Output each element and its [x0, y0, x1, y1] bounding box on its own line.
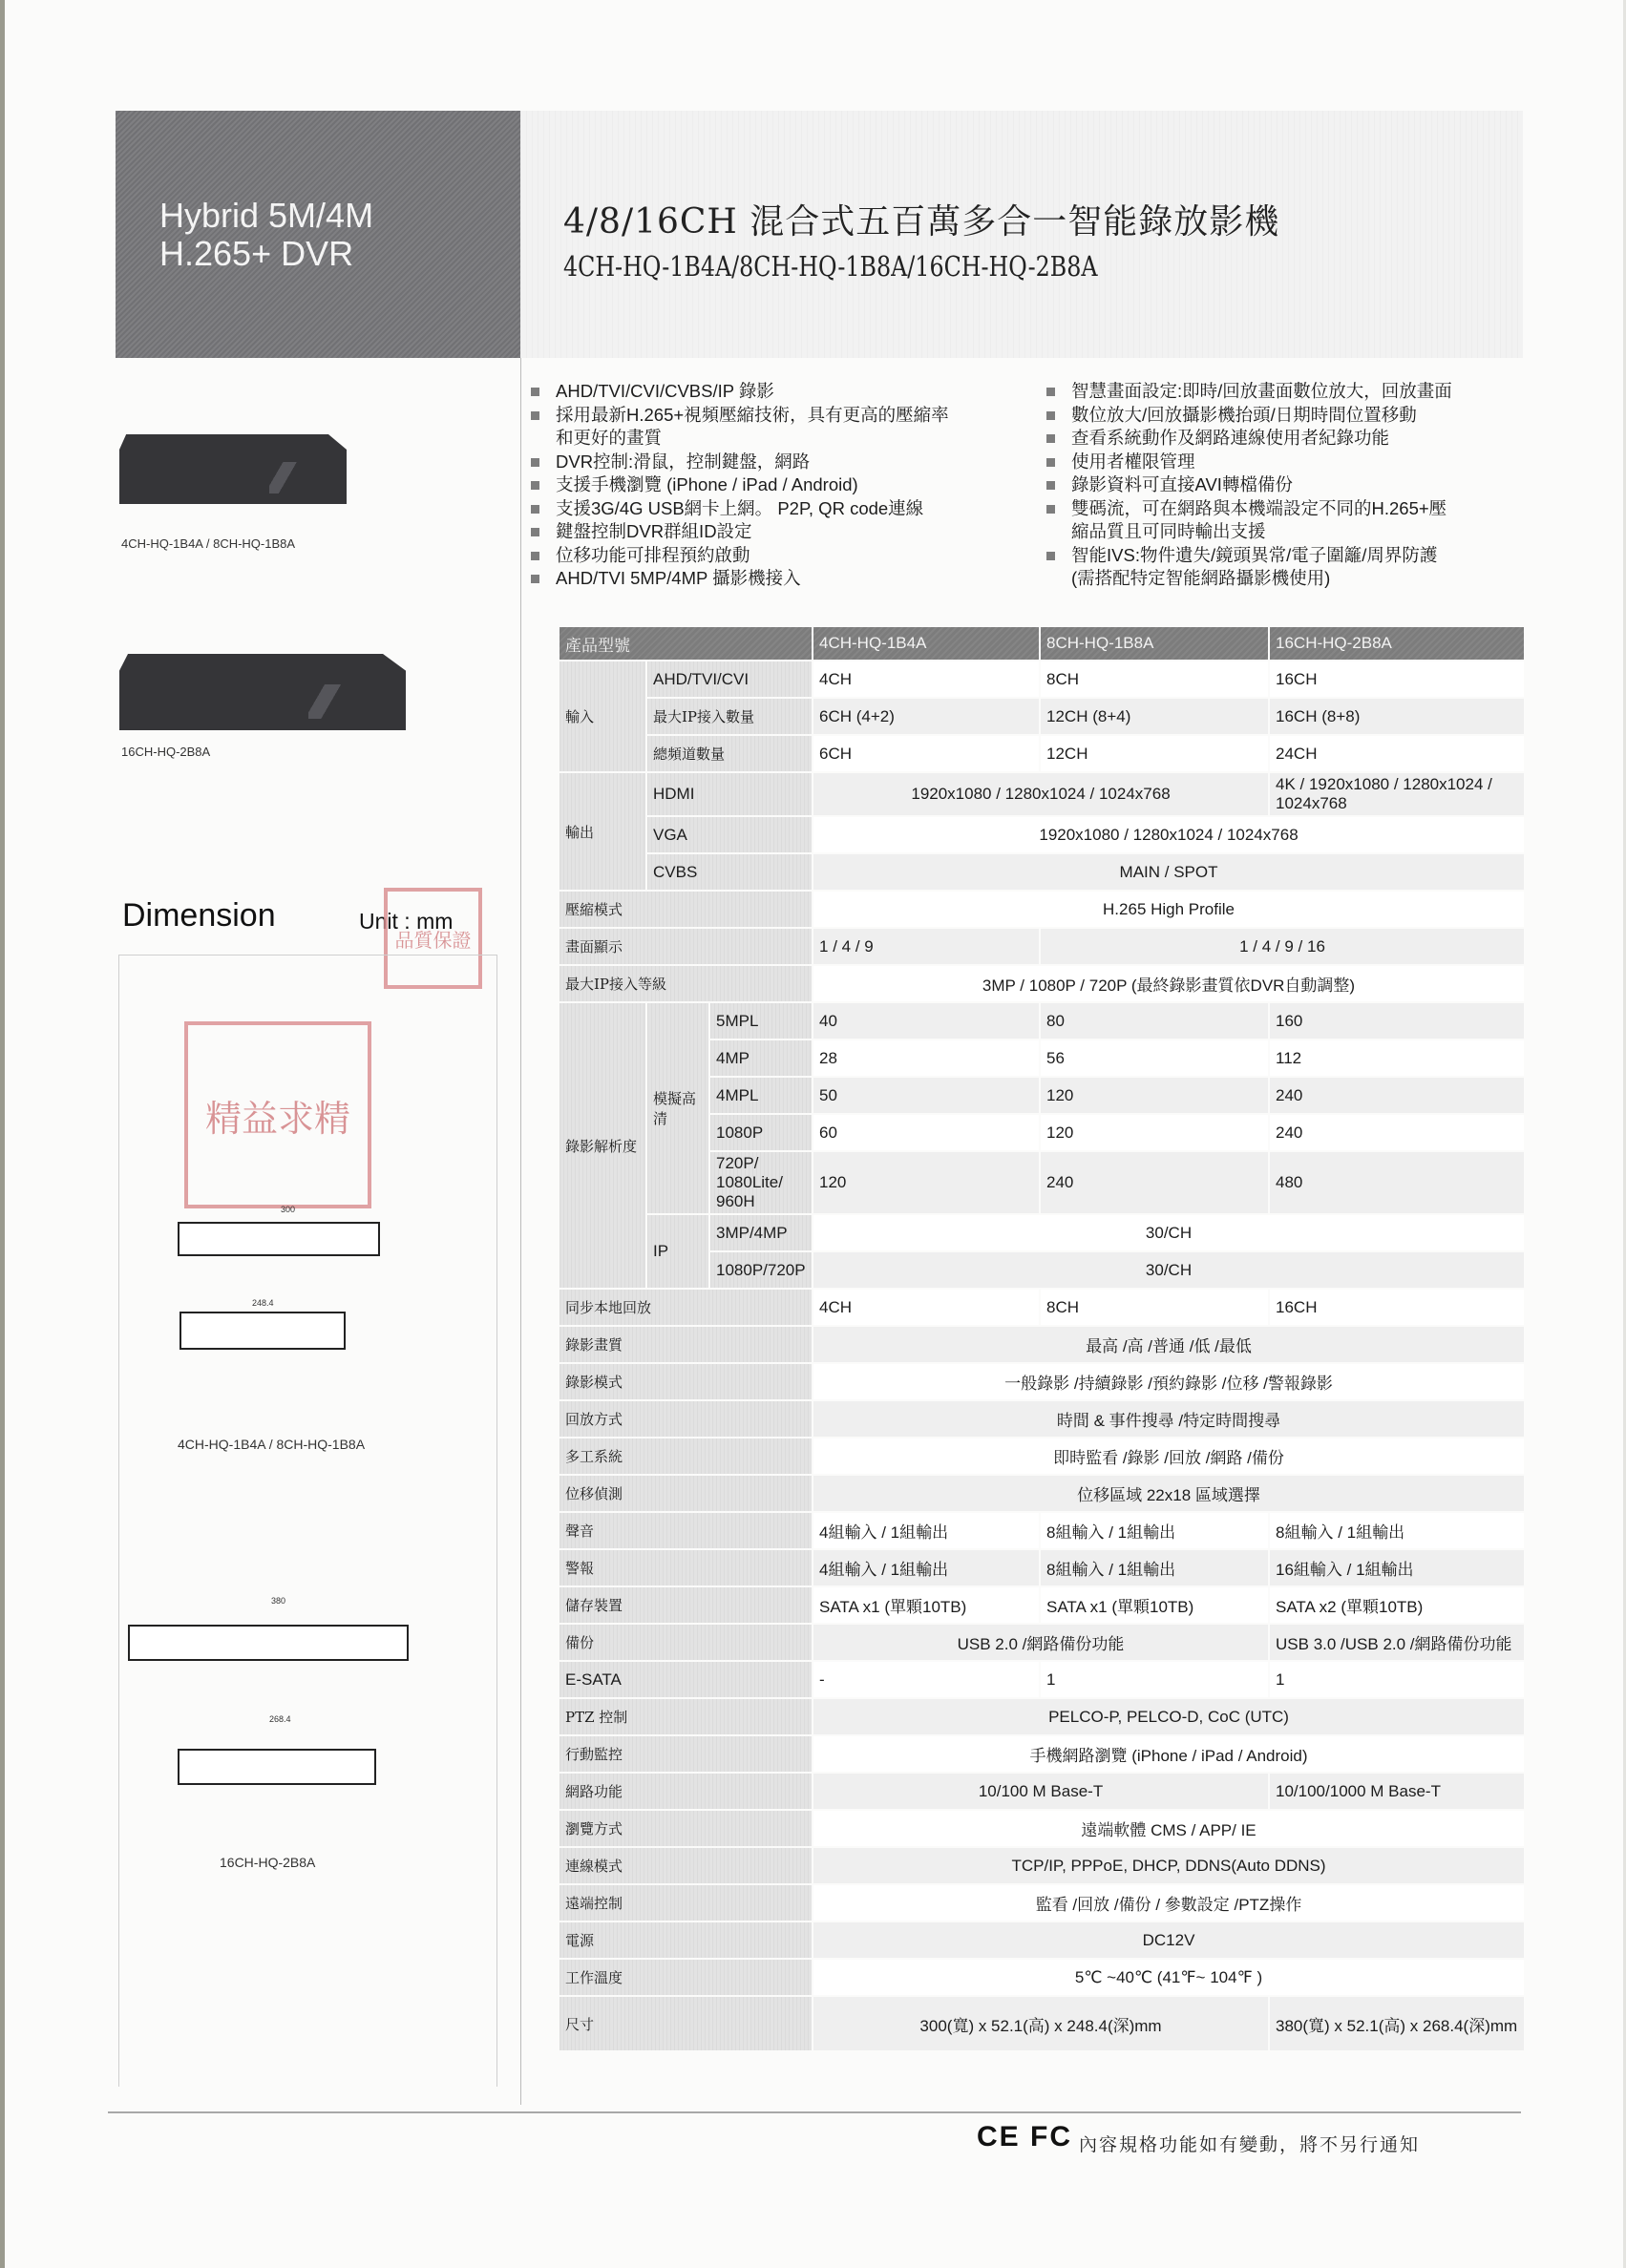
feature-item: DVR控制:滑鼠，控制鍵盤，網路 [527, 451, 1043, 474]
spec-label: 1080P/720P [709, 1251, 813, 1289]
spec-value: 240 [1269, 1077, 1525, 1114]
feature-list-right: 智慧畫面設定:即時/回放畫面數位放大，回放畫面數位放大/回放攝影機抬頭/日期時間… [1043, 380, 1539, 591]
spec-label: 5MPL [709, 1002, 813, 1039]
spec-label: 備份 [559, 1624, 813, 1661]
spec-value: 8組輸入 / 1組輸出 [1040, 1512, 1269, 1549]
spec-value: 6CH (4+2) [813, 698, 1040, 735]
spec-value: 16CH [1269, 1289, 1525, 1326]
product-badge: Hybrid 5M/4M H.265+ DVR [116, 111, 520, 358]
spec-label: 畫面顯示 [559, 928, 813, 965]
spec-value: 8組輸入 / 1組輸出 [1040, 1549, 1269, 1586]
feature-item: 縮品質且可同時輸出支援 [1043, 520, 1539, 544]
spec-value: 240 [1040, 1151, 1269, 1214]
spec-value: 40 [813, 1002, 1040, 1039]
spec-value: 4CH [813, 1289, 1040, 1326]
spec-label: 尺寸 [559, 1996, 813, 2051]
feature-item: 和更好的畫質 [527, 427, 1043, 451]
table-row: IP3MP/4MP30/CH [559, 1214, 1525, 1251]
table-row: 錄影解析度模擬高清5MPL4080160 [559, 1002, 1525, 1039]
spec-value: 監看 /回放 /備份 / 參數設定 /PTZ操作 [813, 1884, 1525, 1921]
table-row: 尺寸300(寬) x 52.1(高) x 248.4(深)mm380(寬) x … [559, 1996, 1525, 2051]
photo-caption: 4CH-HQ-1B4A / 8CH-HQ-1B8A [121, 536, 295, 551]
spec-value: 120 [1040, 1077, 1269, 1114]
spec-value: 1920x1080 / 1280x1024 / 1024x768 [813, 816, 1525, 853]
table-row: 連線模式TCP/IP, PPPoE, DHCP, DDNS(Auto DDNS) [559, 1847, 1525, 1884]
spec-label: 4MP [709, 1039, 813, 1077]
table-header: 產品型號4CH-HQ-1B4A8CH-HQ-1B8A16CH-HQ-2B8A [559, 626, 1525, 661]
feature-list-left: AHD/TVI/CVI/CVBS/IP 錄影採用最新H.265+視頻壓縮技術，具… [527, 380, 1043, 591]
seal-stamp-large: 精益求精 [184, 1021, 371, 1208]
rear-view-drawing [178, 1749, 376, 1785]
spec-label: 總頻道數量 [646, 735, 813, 772]
table-row: 輸出HDMI1920x1080 / 1280x1024 / 1024x7684K… [559, 772, 1525, 816]
spec-value: DC12V [813, 1921, 1525, 1959]
spec-value: 8CH [1040, 661, 1269, 698]
spec-value: SATA x1 (單顆10TB) [1040, 1586, 1269, 1624]
spec-value: - [813, 1661, 1040, 1698]
spec-label: PTZ 控制 [559, 1698, 813, 1735]
table-row: 位移偵測位移區域 22x18 區域選擇 [559, 1475, 1525, 1512]
spec-value: 24CH [1269, 735, 1525, 772]
table-row: 行動監控手機網路瀏覽 (iPhone / iPad / Android) [559, 1735, 1525, 1773]
spec-label: 3MP/4MP [709, 1214, 813, 1251]
table-row: PTZ 控制PELCO-P, PELCO-D, CoC (UTC) [559, 1698, 1525, 1735]
front-view-drawing [178, 1222, 380, 1256]
spec-value: 112 [1269, 1039, 1525, 1077]
spec-value: SATA x1 (單顆10TB) [813, 1586, 1040, 1624]
spec-value: 28 [813, 1039, 1040, 1077]
feature-item: 位移功能可排程預約啟動 [527, 544, 1043, 568]
spec-label: 儲存裝置 [559, 1586, 813, 1624]
column-divider [520, 358, 521, 2105]
spec-label: 4MPL [709, 1077, 813, 1114]
table-row: 同步本地回放4CH8CH16CH [559, 1289, 1525, 1326]
table-row: 最大IP接入數量6CH (4+2)12CH (8+4)16CH (8+8) [559, 698, 1525, 735]
spec-label: HDMI [646, 772, 813, 816]
model-list: 4CH-HQ-1B4A/8CH-HQ-1B8A/16CH-HQ-2B8A [563, 250, 1098, 283]
spec-table: 產品型號4CH-HQ-1B4A8CH-HQ-1B8A16CH-HQ-2B8A輸入… [558, 625, 1526, 2052]
table-row: 遠端控制監看 /回放 /備份 / 參數設定 /PTZ操作 [559, 1884, 1525, 1921]
spec-value: 4組輸入 / 1組輸出 [813, 1549, 1040, 1586]
table-row: 網路功能10/100 M Base-T10/100/1000 M Base-T [559, 1773, 1525, 1810]
spec-value: TCP/IP, PPPoE, DHCP, DDNS(Auto DDNS) [813, 1847, 1525, 1884]
spec-value: 8組輸入 / 1組輸出 [1269, 1512, 1525, 1549]
feature-item: 鍵盤控制DVR群組ID設定 [527, 520, 1043, 544]
spec-value: 最高 /高 /普通 /低 /最低 [813, 1326, 1525, 1363]
spec-value: 1 [1269, 1661, 1525, 1698]
spec-label: 輸出 [559, 772, 646, 891]
spec-value: 16CH (8+8) [1269, 698, 1525, 735]
spec-value: 30/CH [813, 1251, 1525, 1289]
badge-text: Hybrid 5M/4M H.265+ DVR [159, 197, 373, 273]
drawing-caption: 4CH-HQ-1B4A / 8CH-HQ-1B8A [178, 1437, 365, 1452]
table-row: 總頻道數量6CH12CH24CH [559, 735, 1525, 772]
spec-value: 56 [1040, 1039, 1269, 1077]
spec-label: 模擬高清 [646, 1002, 709, 1214]
drawing-caption: 16CH-HQ-2B8A [220, 1855, 315, 1870]
table-row: 警報4組輸入 / 1組輸出8組輸入 / 1組輸出16組輸入 / 1組輸出 [559, 1549, 1525, 1586]
spec-label: AHD/TVI/CVI [646, 661, 813, 698]
spec-value: 6CH [813, 735, 1040, 772]
table-row: CVBSMAIN / SPOT [559, 853, 1525, 891]
footer-divider [108, 2111, 1521, 2113]
feature-item: 智能IVS:物件遺失/鏡頭異常/電子圍籬/周界防護 [1043, 544, 1539, 568]
spec-label: 輸入 [559, 661, 646, 772]
spec-value: 即時監看 /錄影 /回放 /網路 /備份 [813, 1438, 1525, 1475]
spec-value: 手機網路瀏覽 (iPhone / iPad / Android) [813, 1735, 1525, 1773]
feature-item: 使用者權限管理 [1043, 451, 1539, 474]
scan-edge [0, 0, 5, 2268]
spec-value: USB 2.0 /網路備份功能 [813, 1624, 1269, 1661]
spec-value: 4CH [813, 661, 1040, 698]
dimension-label: 268.4 [269, 1714, 291, 1724]
spec-value: 120 [813, 1151, 1040, 1214]
spec-label: 壓縮模式 [559, 891, 813, 928]
spec-label: 遠端控制 [559, 1884, 813, 1921]
feature-item: 數位放大/回放攝影機抬頭/日期時間位置移動 [1043, 404, 1539, 428]
disclaimer-note: 內容規格功能如有變動，將不另行通知 [1079, 2131, 1420, 2156]
spec-label: VGA [646, 816, 813, 853]
table-row: 畫面顯示1 / 4 / 91 / 4 / 9 / 16 [559, 928, 1525, 965]
table-row: VGA1920x1080 / 1280x1024 / 1024x768 [559, 816, 1525, 853]
spec-label: 瀏覽方式 [559, 1810, 813, 1847]
spec-label: 行動監控 [559, 1735, 813, 1773]
spec-value: 一般錄影 /持續錄影 /預約錄影 /位移 /警報錄影 [813, 1363, 1525, 1400]
spec-label: 最大IP接入等級 [559, 965, 813, 1002]
spec-value: 80 [1040, 1002, 1269, 1039]
spec-value: 4組輸入 / 1組輸出 [813, 1512, 1040, 1549]
table-row: 備份USB 2.0 /網路備份功能USB 3.0 /USB 2.0 /網路備份功… [559, 1624, 1525, 1661]
feature-item: 採用最新H.265+視頻壓縮技術，具有更高的壓縮率 [527, 404, 1043, 428]
spec-value: 12CH (8+4) [1040, 698, 1269, 735]
dimension-label: 300 [281, 1205, 295, 1214]
spec-label: 回放方式 [559, 1400, 813, 1438]
feature-item: 支援手機瀏覽 (iPhone / iPad / Android) [527, 473, 1043, 497]
spec-label: IP [646, 1214, 709, 1289]
feature-item: 錄影資料可直接AVI轉檔備份 [1043, 473, 1539, 497]
feature-item: AHD/TVI/CVI/CVBS/IP 錄影 [527, 380, 1043, 404]
feature-item: 雙碼流，可在網路與本機端設定不同的H.265+壓 [1043, 497, 1539, 521]
spec-value: 3MP / 1080P / 720P (最終錄影畫質依DVR自動調整) [813, 965, 1525, 1002]
spec-label: 最大IP接入數量 [646, 698, 813, 735]
table-row: 多工系統即時監看 /錄影 /回放 /網路 /備份 [559, 1438, 1525, 1475]
photo-caption: 16CH-HQ-2B8A [121, 745, 210, 759]
table-row: 錄影模式一般錄影 /持續錄影 /預約錄影 /位移 /警報錄影 [559, 1363, 1525, 1400]
table-row: E-SATA-11 [559, 1661, 1525, 1698]
table-row: 輸入AHD/TVI/CVI4CH8CH16CH [559, 661, 1525, 698]
spec-label: 警報 [559, 1549, 813, 1586]
spec-value: 8CH [1040, 1289, 1269, 1326]
column-header: 16CH-HQ-2B8A [1269, 626, 1525, 661]
spec-value: 300(寬) x 52.1(高) x 248.4(深)mm [813, 1996, 1269, 2051]
spec-value: 位移區域 22x18 區域選擇 [813, 1475, 1525, 1512]
feature-item: AHD/TVI 5MP/4MP 攝影機接入 [527, 567, 1043, 591]
dimension-label: 248.4 [252, 1298, 274, 1308]
spec-label: 聲音 [559, 1512, 813, 1549]
spec-label: 連線模式 [559, 1847, 813, 1884]
spec-label: 網路功能 [559, 1773, 813, 1810]
spec-value: 10/100 M Base-T [813, 1773, 1269, 1810]
spec-value: 30/CH [813, 1214, 1525, 1251]
spec-value: MAIN / SPOT [813, 853, 1525, 891]
column-header: 4CH-HQ-1B4A [813, 626, 1040, 661]
column-header: 產品型號 [559, 626, 813, 661]
table-row: 壓縮模式H.265 High Profile [559, 891, 1525, 928]
spec-value: 240 [1269, 1114, 1525, 1151]
spec-value: 5℃ ~40℃ (41℉~ 104℉ ) [813, 1959, 1525, 1996]
spec-label: 1080P [709, 1114, 813, 1151]
spec-label: 錄影模式 [559, 1363, 813, 1400]
spec-value: 120 [1040, 1114, 1269, 1151]
spec-value: 480 [1269, 1151, 1525, 1214]
spec-value: 10/100/1000 M Base-T [1269, 1773, 1525, 1810]
spec-value: 60 [813, 1114, 1040, 1151]
spec-label: 錄影解析度 [559, 1002, 646, 1289]
spec-label: E-SATA [559, 1661, 813, 1698]
spec-value: 160 [1269, 1002, 1525, 1039]
spec-label: 錄影畫質 [559, 1326, 813, 1363]
table-row: 儲存裝置SATA x1 (單顆10TB)SATA x1 (單顆10TB)SATA… [559, 1586, 1525, 1624]
spec-value: 16組輸入 / 1組輸出 [1269, 1549, 1525, 1586]
spec-value: H.265 High Profile [813, 891, 1525, 928]
spec-value: 1920x1080 / 1280x1024 / 1024x768 [813, 772, 1269, 816]
spec-value: 12CH [1040, 735, 1269, 772]
spec-label: 多工系統 [559, 1438, 813, 1475]
spec-value: 50 [813, 1077, 1040, 1114]
spec-value: 4K / 1920x1080 / 1280x1024 / 1024x768 [1269, 772, 1525, 816]
dvr-photo-large [119, 654, 406, 730]
spec-label: 720P/ 1080Lite/ 960H [709, 1151, 813, 1214]
spec-value: 1 / 4 / 9 [813, 928, 1040, 965]
dvr-photo-small [119, 434, 347, 504]
rear-view-drawing [179, 1312, 346, 1350]
spec-value: 1 [1040, 1661, 1269, 1698]
spec-label: 位移偵測 [559, 1475, 813, 1512]
spec-label: 同步本地回放 [559, 1289, 813, 1326]
table-row: 工作溫度5℃ ~40℃ (41℉~ 104℉ ) [559, 1959, 1525, 1996]
spec-value: PELCO-P, PELCO-D, CoC (UTC) [813, 1698, 1525, 1735]
table-row: 回放方式時間 & 事件搜尋 /特定時間搜尋 [559, 1400, 1525, 1438]
front-view-drawing [128, 1625, 409, 1661]
feature-item: 支援3G/4G USB網卡上網。 P2P, QR code連線 [527, 497, 1043, 521]
table-row: 錄影畫質最高 /高 /普通 /低 /最低 [559, 1326, 1525, 1363]
dimension-title: Dimension [122, 897, 276, 934]
table-row: 最大IP接入等級3MP / 1080P / 720P (最終錄影畫質依DVR自動… [559, 965, 1525, 1002]
certification-logos: CE FC [977, 2121, 1072, 2153]
column-header: 8CH-HQ-1B8A [1040, 626, 1269, 661]
feature-item: 查看系統動作及網路連線使用者紀錄功能 [1043, 427, 1539, 451]
spec-value: 1 / 4 / 9 / 16 [1040, 928, 1525, 965]
table-row: 瀏覽方式遠端軟體 CMS / APP/ IE [559, 1810, 1525, 1847]
spec-value: 時間 & 事件搜尋 /特定時間搜尋 [813, 1400, 1525, 1438]
spec-label: 電源 [559, 1921, 813, 1959]
dimension-label: 380 [271, 1596, 285, 1606]
spec-label: CVBS [646, 853, 813, 891]
feature-item: 智慧畫面設定:即時/回放畫面數位放大，回放畫面 [1043, 380, 1539, 404]
spec-value: USB 3.0 /USB 2.0 /網路備份功能 [1269, 1624, 1525, 1661]
spec-value: SATA x2 (單顆10TB) [1269, 1586, 1525, 1624]
spec-label: 工作溫度 [559, 1959, 813, 1996]
table-row: 電源DC12V [559, 1921, 1525, 1959]
page-title: 4/8/16CH 混合式五百萬多合一智能錄放影機 [563, 195, 1279, 243]
feature-item: (需搭配特定智能網路攝影機使用) [1043, 567, 1539, 591]
table-row: 聲音4組輸入 / 1組輸出8組輸入 / 1組輸出8組輸入 / 1組輸出 [559, 1512, 1525, 1549]
spec-value: 16CH [1269, 661, 1525, 698]
spec-value: 380(寬) x 52.1(高) x 268.4(深)mm [1269, 1996, 1525, 2051]
spec-value: 遠端軟體 CMS / APP/ IE [813, 1810, 1525, 1847]
